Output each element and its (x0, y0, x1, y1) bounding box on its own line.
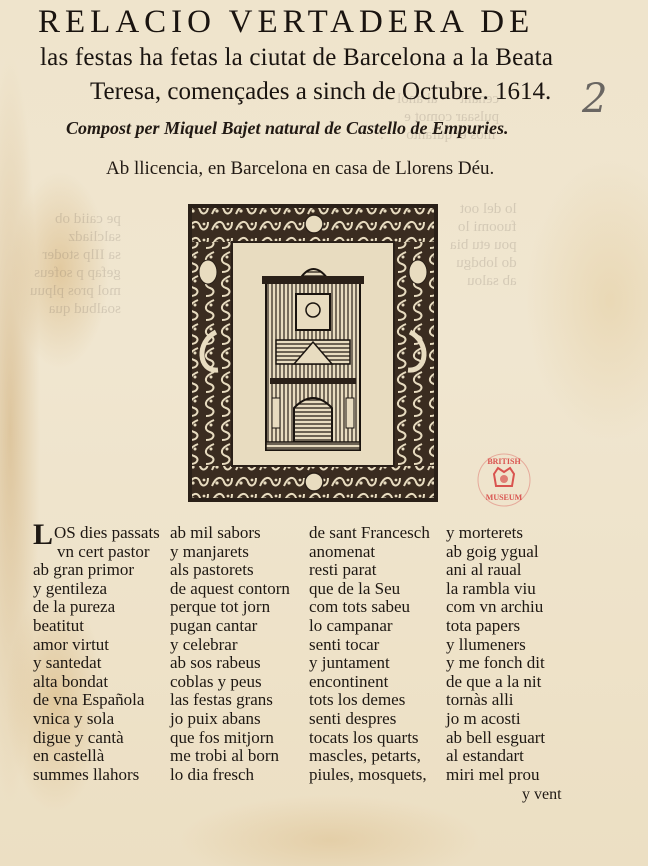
verse-line: y juntament (309, 654, 430, 673)
verse-line: digue y cantà (33, 729, 160, 748)
verse-line: encontinent (309, 673, 430, 692)
verse-column-2: ab mil sabors y manjarets als pastorets … (170, 524, 290, 784)
verse-line: jo m acosti (446, 710, 545, 729)
verse-line: ani al raual (446, 561, 545, 580)
verse-line: ab bell esguart (446, 729, 545, 748)
verse-line: ab mil sabors (170, 524, 290, 543)
woodcut-illustration (186, 202, 440, 504)
verse-line: tocats los quarts (309, 729, 430, 748)
verse-line: LOS dies passats (33, 524, 160, 543)
verse-line: y celebrar (170, 636, 290, 655)
verse-line: al estandart (446, 747, 545, 766)
verse-line: de la pureza (33, 598, 160, 617)
document-page: cenant al anol pulsaar comot e mos et qu… (0, 0, 648, 866)
verse-line: de que a la nit (446, 673, 545, 692)
verse-line: ab goig ygual (446, 543, 545, 562)
library-stamp: BRITISH MUSEUM (476, 452, 532, 508)
verse-line: y morterets (446, 524, 545, 543)
verse-column-1: LOS dies passats vn cert pastor ab gran … (33, 524, 160, 784)
author-line: Compost per Miquel Bajet natural de Cast… (66, 118, 509, 139)
stamp-text-bottom: MUSEUM (486, 493, 523, 502)
verse-line: als pastorets (170, 561, 290, 580)
verse-line: y manjarets (170, 543, 290, 562)
verse-line: la rambla viu (446, 580, 545, 599)
drop-cap: L (33, 518, 53, 551)
imprint-line: Ab llicencia, en Barcelona en casa de Ll… (106, 158, 494, 180)
stamp-text-top: BRITISH (487, 457, 521, 466)
verse-line: ab sos rabeus (170, 654, 290, 673)
verse-line: lo dia fresch (170, 766, 290, 785)
verse-line: perque tot jorn (170, 598, 290, 617)
title-line-1: RELACIO VERTADERA DE (38, 4, 598, 41)
verse-line: que de la Seu (309, 580, 430, 599)
verse-line: resti parat (309, 561, 430, 580)
verse-line: vnica y sola (33, 710, 160, 729)
verse-line: y llumeners (446, 636, 545, 655)
verse-line: tots los demes (309, 691, 430, 710)
verse-line: alta bondat (33, 673, 160, 692)
verse-line: las festas grans (170, 691, 290, 710)
verse-line: senti despres (309, 710, 430, 729)
show-through-text: pe caiid ob salcliadz sa IIlp stoder gef… (30, 210, 121, 318)
verse-line: com tots sabeu (309, 598, 430, 617)
verse-line: en castellà (33, 747, 160, 766)
verse-line: mascles, petarts, (309, 747, 430, 766)
title-line-2: las festas ha fetas la ciutat de Barcelo… (40, 44, 553, 72)
verse-line: pugan cantar (170, 617, 290, 636)
verse-line: de sant Francesch (309, 524, 430, 543)
verse-line: que fos mitjorn (170, 729, 290, 748)
verse-line: me trobi al born (170, 747, 290, 766)
verse-column-3: de sant Francesch anomenat resti parat q… (309, 524, 430, 784)
verse-line: y gentileza (33, 580, 160, 599)
verse-line: lo campanar (309, 617, 430, 636)
handwritten-page-number: 2 (582, 76, 607, 122)
title-line-3: Teresa, començades a sinch de Octubre. 1… (90, 78, 551, 106)
verse-line: coblas y peus (170, 673, 290, 692)
verse-line: amor virtut (33, 636, 160, 655)
verse-line: senti tocar (309, 636, 430, 655)
show-through-text: lo del oot fuoomi lo pou etu bia do lobd… (450, 200, 517, 290)
verse-line: de vna Española (33, 691, 160, 710)
verse-line: tota papers (446, 617, 545, 636)
verse-column-4: y morterets ab goig ygual ani al raual l… (446, 524, 545, 784)
verse-line: anomenat (309, 543, 430, 562)
catchword: y vent (522, 786, 562, 804)
verse-line: jo puix abans (170, 710, 290, 729)
verse-line: beatitut (33, 617, 160, 636)
verse-line: com vn archiu (446, 598, 545, 617)
verse-line: y santedat (33, 654, 160, 673)
verse-line: piules, mosquets, (309, 766, 430, 785)
verse-line: tornàs alli (446, 691, 545, 710)
verse-line: summes llahors (33, 766, 160, 785)
verse-line: miri mel prou (446, 766, 545, 785)
verse-line: ab gran primor (33, 561, 160, 580)
verse-line: y me fonch dit (446, 654, 545, 673)
verse-line: de aquest contorn (170, 580, 290, 599)
